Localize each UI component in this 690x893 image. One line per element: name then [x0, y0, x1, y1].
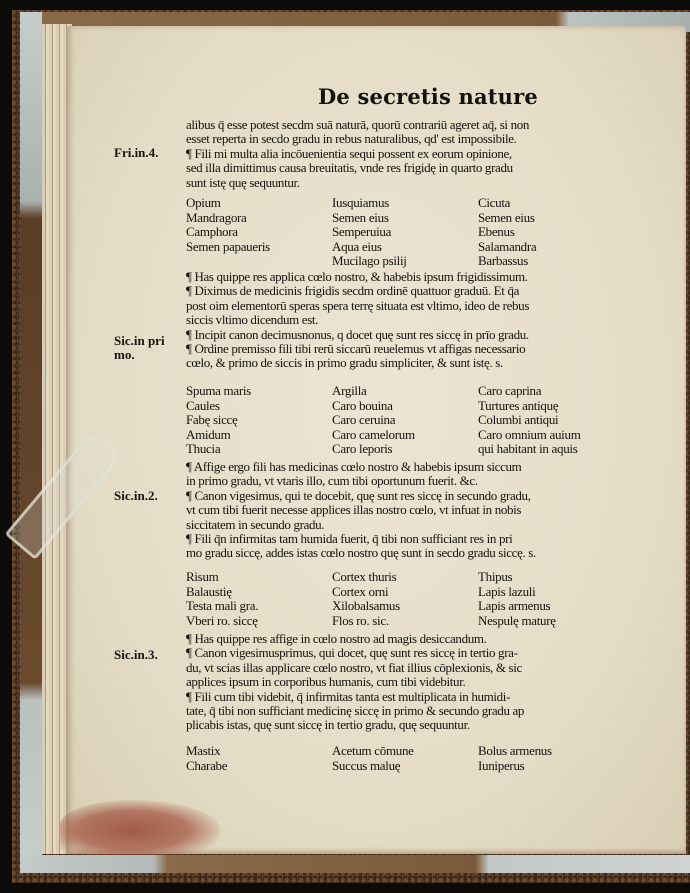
list-cell: Balaustię: [186, 585, 332, 600]
list-cell: Lapis armenus: [478, 599, 616, 614]
margin-note: Fri.in.4.: [114, 146, 186, 160]
text-line: ¶ Incipit canon decimusnonus, q docet qu…: [186, 328, 622, 342]
list-cell: Bolus armenus: [478, 744, 616, 759]
text-line: ¶ Affige ergo fili has medicinas cœlo no…: [186, 460, 622, 474]
list-row: Testa mali gra. Xilobalsamus Lapis armen…: [186, 599, 616, 614]
list-row: Amidum Caro camelorum Caro omnium auium: [186, 428, 616, 443]
cover-edge-bottom: [20, 855, 690, 873]
list-row: Fabę siccę Caro ceruina Columbi antiqui: [186, 413, 616, 428]
text-line: siccis vltimo dicendum est.: [186, 313, 622, 327]
list-cell: Amidum: [186, 428, 332, 443]
text-line: du, vt scias illas applicare cœlo nostro…: [186, 661, 622, 675]
text-block-1: alibus q̄ esse potest secdm suā naturā, …: [186, 118, 622, 190]
text-line: ¶ Fili cum tibi videbit, q̄ infirmitas t…: [186, 690, 622, 704]
list-cell: Caro caprina: [478, 384, 616, 399]
text-line: sed illa dimittimus causa breuitatis, vn…: [186, 161, 622, 175]
list-cell: Semperuiua: [332, 225, 478, 240]
dry-third-degree-list: Mastix Acetum cōmune Bolus armenus Chara…: [186, 744, 616, 773]
dry-second-degree-list: Risum Cortex thuris Thipus Balaustię Cor…: [186, 570, 616, 628]
text-block-3: ¶ Affige ergo fili has medicinas cœlo no…: [186, 460, 622, 561]
list-cell: Succus maluę: [332, 759, 478, 774]
text-line: ¶ Ordine premisso fili tibi rerū siccarū…: [186, 342, 622, 356]
text-line: applices ipsum in corporibus humanis, cu…: [186, 675, 622, 689]
list-cell: Semen papaueris: [186, 240, 332, 255]
list-cell: Semen eius: [332, 211, 478, 226]
text-block-4: ¶ Has quippe res affige in cœlo nostro a…: [186, 632, 622, 733]
text-line: in primo gradu, vt vtaris illo, cum tibi…: [186, 474, 622, 488]
cover-edge-left: [20, 12, 42, 872]
list-cell: Turtures antiquę: [478, 399, 616, 414]
list-cell: Caro omnium auium: [478, 428, 616, 443]
list-cell: Xilobalsamus: [332, 599, 478, 614]
list-cell: Salamandra: [478, 240, 616, 255]
margin-note: Sic.in pri: [114, 334, 186, 348]
list-row: Balaustię Cortex orni Lapis lazuli: [186, 585, 616, 600]
text-block-2: ¶ Has quippe res applica cœlo nostro, & …: [186, 270, 622, 371]
list-cell: Spuma maris: [186, 384, 332, 399]
list-row: Caules Caro bouina Turtures antiquę: [186, 399, 616, 414]
list-cell: Charabe: [186, 759, 332, 774]
list-cell: qui habitant in aquis: [478, 442, 616, 457]
list-cell: Caules: [186, 399, 332, 414]
list-cell: Thipus: [478, 570, 616, 585]
text-line: sunt istę quę sequuntur.: [186, 176, 622, 190]
list-cell: Caro leporis: [332, 442, 478, 457]
text-line: vt cum tibi fuerit necesse applices illa…: [186, 503, 622, 517]
dry-first-degree-list: Spuma maris Argilla Caro caprina Caules …: [186, 384, 616, 457]
list-row: Risum Cortex thuris Thipus: [186, 570, 616, 585]
margin-note: mo.: [114, 348, 186, 362]
text-line: mo gradu siccę, addes istas cœlo nostro …: [186, 546, 622, 560]
text-line: plicabis istas, quę sunt siccę in tertio…: [186, 718, 622, 732]
list-cell: Caro ceruina: [332, 413, 478, 428]
list-row: Opium Iusquiamus Cicuta: [186, 196, 616, 211]
list-cell: Vberi ro. siccę: [186, 614, 332, 629]
list-cell: Opium: [186, 196, 332, 211]
text-line: tate, q̄ tibi non sufficiant medicinę si…: [186, 704, 622, 718]
text-line: siccitatem in secundo gradu.: [186, 518, 622, 532]
text-line: post oim elementorū speras spera terrę s…: [186, 299, 622, 313]
text-line: ¶ Diximus de medicinis frigidis secdm or…: [186, 284, 622, 298]
list-cell: Ebenus: [478, 225, 616, 240]
text-line: ¶ Has quippe res affige in cœlo nostro a…: [186, 632, 622, 646]
list-row: Semen papaueris Aqua eius Salamandra: [186, 240, 616, 255]
text-line: ¶ Fili mi multa alia incōuenientia sequi…: [186, 147, 622, 161]
list-cell: [186, 254, 332, 269]
list-row: Camphora Semperuiua Ebenus: [186, 225, 616, 240]
text-line: ¶ Canon vigesimus, qui te docebit, quę s…: [186, 489, 622, 503]
list-row: Mastix Acetum cōmune Bolus armenus: [186, 744, 616, 759]
list-row: Charabe Succus maluę Iuniperus: [186, 759, 616, 774]
list-row: Thucia Caro leporis qui habitant in aqui…: [186, 442, 616, 457]
list-cell: Semen eius: [478, 211, 616, 226]
running-head: De secretis nature: [318, 84, 538, 109]
list-row: Vberi ro. siccę Flos ro. sic. Nespulę ma…: [186, 614, 616, 629]
text-line: alibus q̄ esse potest secdm suā naturā, …: [186, 118, 622, 132]
text-line: cœlo, & primo de siccis in primo gradu s…: [186, 356, 622, 370]
list-cell: Aqua eius: [332, 240, 478, 255]
text-line: ¶ Has quippe res applica cœlo nostro, & …: [186, 270, 622, 284]
list-cell: Fabę siccę: [186, 413, 332, 428]
list-cell: Mastix: [186, 744, 332, 759]
text-line: ¶ Canon vigesimusprimus, qui docet, quę …: [186, 646, 622, 660]
list-cell: Testa mali gra.: [186, 599, 332, 614]
list-cell: Flos ro. sic.: [332, 614, 478, 629]
list-cell: Argilla: [332, 384, 478, 399]
list-row: Mucilago psilij Barbassus: [186, 254, 616, 269]
list-cell: Caro camelorum: [332, 428, 478, 443]
list-cell: Cortex orni: [332, 585, 478, 600]
list-row: Spuma maris Argilla Caro caprina: [186, 384, 616, 399]
list-cell: Columbi antiqui: [478, 413, 616, 428]
list-cell: Cicuta: [478, 196, 616, 211]
list-cell: Iusquiamus: [332, 196, 478, 211]
text-line: ¶ Fili q̄n infirmitas tam humida fuerit,…: [186, 532, 622, 546]
margin-note: Sic.in.2.: [114, 489, 186, 503]
list-cell: Iuniperus: [478, 759, 616, 774]
text-line: esset reperta in secdo gradu in rebus na…: [186, 132, 622, 146]
list-cell: Caro bouina: [332, 399, 478, 414]
list-cell: Mandragora: [186, 211, 332, 226]
list-cell: Mucilago psilij: [332, 254, 478, 269]
list-row: Mandragora Semen eius Semen eius: [186, 211, 616, 226]
list-cell: Thucia: [186, 442, 332, 457]
list-cell: Cortex thuris: [332, 570, 478, 585]
list-cell: Risum: [186, 570, 332, 585]
list-cell: Barbassus: [478, 254, 616, 269]
margin-note: Sic.in.3.: [114, 648, 186, 662]
cold-medicines-list: Opium Iusquiamus Cicuta Mandragora Semen…: [186, 196, 616, 269]
list-cell: Acetum cōmune: [332, 744, 478, 759]
list-cell: Nespulę maturę: [478, 614, 616, 629]
list-cell: Lapis lazuli: [478, 585, 616, 600]
list-cell: Camphora: [186, 225, 332, 240]
